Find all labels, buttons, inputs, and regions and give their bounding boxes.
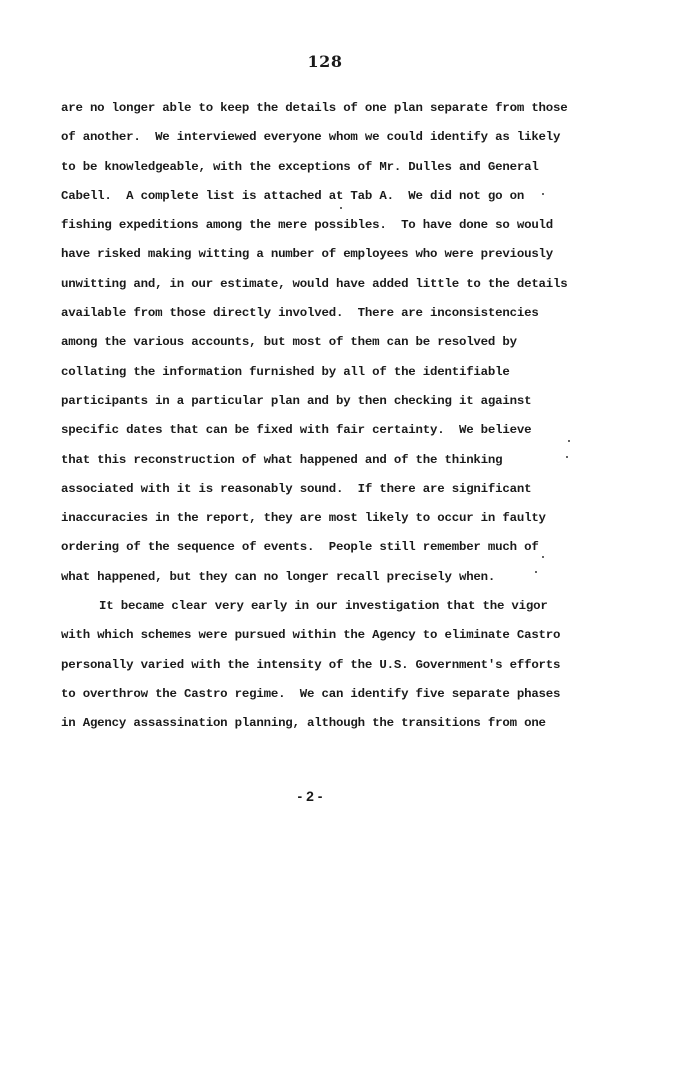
text-line: to overthrow the Castro regime. We can i… [61,680,601,709]
text-line: participants in a particular plan and by… [61,387,601,416]
text-line: available from those directly involved. … [61,299,601,328]
scan-speck [542,556,544,558]
paragraph-1: are no longer able to keep the details o… [61,94,601,592]
text-line: have risked making witting a number of e… [61,240,601,269]
text-line: Cabell. A complete list is attached at T… [61,182,601,211]
document-body: are no longer able to keep the details o… [61,94,601,739]
scan-speck [568,440,570,442]
text-line: collating the information furnished by a… [61,358,601,387]
text-line: associated with it is reasonably sound. … [61,475,601,504]
text-line: among the various accounts, but most of … [61,328,601,357]
text-line: what happened, but they can no longer re… [61,563,601,592]
text-line: inaccuracies in the report, they are mos… [61,504,601,533]
text-line: with which schemes were pursued within t… [61,621,601,650]
text-line: fishing expeditions among the mere possi… [61,211,601,240]
text-line: unwitting and, in our estimate, would ha… [61,270,601,299]
page-number-footer: - 2 - [0,788,620,804]
text-line: of another. We interviewed everyone whom… [61,123,601,152]
text-line: ordering of the sequence of events. Peop… [61,533,601,562]
text-line: in Agency assassination planning, althou… [61,709,601,738]
text-line: It became clear very early in our invest… [61,592,601,621]
scan-speck [535,571,537,573]
text-line: to be knowledgeable, with the exceptions… [61,153,601,182]
text-line: are no longer able to keep the details o… [61,94,601,123]
text-line: personally varied with the intensity of … [61,651,601,680]
text-line: that this reconstruction of what happene… [61,446,601,475]
page-number-header: 128 [0,52,650,71]
text-line: specific dates that can be fixed with fa… [61,416,601,445]
scan-speck [566,456,568,458]
scan-speck [542,193,544,195]
scan-speck [340,207,342,209]
paragraph-2: It became clear very early in our invest… [61,592,601,738]
